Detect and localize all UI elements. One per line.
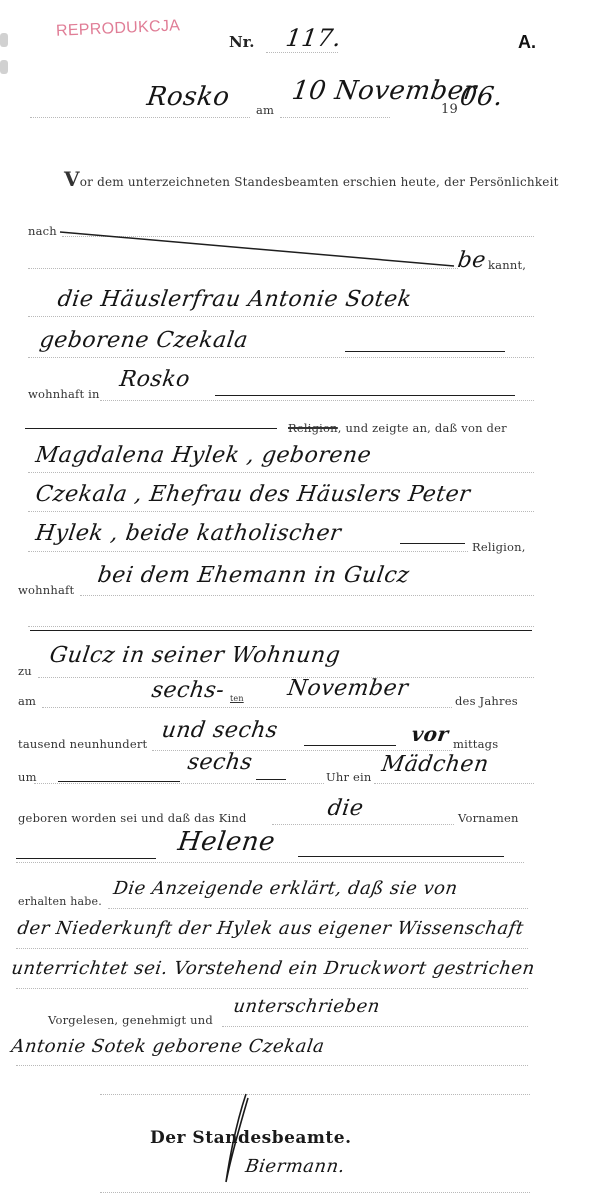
birth-year: und sechs [160, 718, 280, 743]
ampm-label: mittags [453, 737, 498, 751]
residence-label: wohnhaft in [28, 387, 100, 401]
declarant-signature: Antonie Sotek geborene Czekala [10, 1036, 326, 1057]
number-label: Nr. [229, 33, 254, 51]
received-label: erhalten habe. [18, 895, 102, 908]
date-label: am [256, 103, 274, 117]
uhr-label: Uhr ein [326, 770, 372, 784]
mother-religion-value: Hylek , beide katholischer [34, 521, 343, 546]
child-article: die [326, 796, 365, 821]
religion-label: Religion, [472, 540, 526, 554]
thousand-label: tausend neunhundert [18, 737, 147, 751]
birth-day: sechs- [150, 678, 226, 703]
registrar-title: Der Standesbeamte. [150, 1128, 352, 1148]
remark-line-2: der Niederkunft der Hylek aus eigener Wi… [16, 918, 525, 939]
year-label: des Jahres [455, 694, 518, 708]
mother-residence: bei dem Ehemann in Gulcz [96, 563, 411, 588]
nach-label: nach [28, 224, 57, 238]
intro-text: Vor dem unterzeichneten Standesbeamten e… [64, 167, 559, 191]
year-written: 06. [458, 82, 505, 112]
intro-capital: V [64, 167, 80, 191]
registrar-signature: Biermann. [244, 1156, 346, 1177]
mother-residence-label: wohnhaft [18, 583, 74, 597]
born-label: geboren worden sei und daß das Kind [18, 811, 247, 825]
day-suffix: ten [230, 694, 244, 703]
birth-place: Gulcz in seiner Wohnung [48, 643, 342, 668]
declarant-residence: Rosko [118, 367, 192, 392]
ampm-value: vor [410, 722, 450, 746]
child-sex: Mädchen [380, 752, 490, 777]
remark-line-1: Die Anzeigende erklärt, daß sie von [112, 878, 459, 899]
child-forename: Helene [176, 827, 277, 857]
mother-details: Czekala , Ehefrau des Häuslers Peter [34, 482, 472, 507]
birth-day-label: am [18, 694, 36, 708]
margin-mark [0, 60, 8, 74]
strike-line [58, 230, 458, 270]
read-approved-value: unterschrieben [232, 996, 381, 1017]
bekannt-printed: kannt, [488, 258, 526, 272]
declarant-maiden-name: geborene Czekala [38, 328, 250, 353]
announce-line: Religion, und zeigte an, daß von der [288, 421, 507, 435]
religion-struck: Religion [288, 421, 338, 435]
forename-label: Vornamen [458, 811, 519, 825]
form-letter: A. [518, 32, 536, 53]
place-of-registration: Rosko [145, 82, 232, 112]
declarant-name: die Häuslerfrau Antonie Sotek [56, 287, 413, 312]
birth-hour: sechs [186, 750, 254, 775]
reproduction-stamp: REPRODUKCJA [56, 17, 181, 40]
birth-month: November [286, 676, 410, 701]
bekannt-written: be [456, 248, 488, 273]
read-approved-label: Vorgelesen, genehmigt und [48, 1013, 213, 1027]
remark-line-3: unterrichtet sei. Vorstehend ein Druckwo… [10, 958, 536, 979]
year-printed: 19 [441, 102, 458, 117]
hour-label: um [18, 770, 37, 784]
birth-place-label: zu [18, 664, 32, 678]
mother-name: Magdalena Hylek , geborene [34, 443, 373, 468]
margin-mark [0, 33, 8, 47]
record-number: 117. [284, 24, 343, 52]
